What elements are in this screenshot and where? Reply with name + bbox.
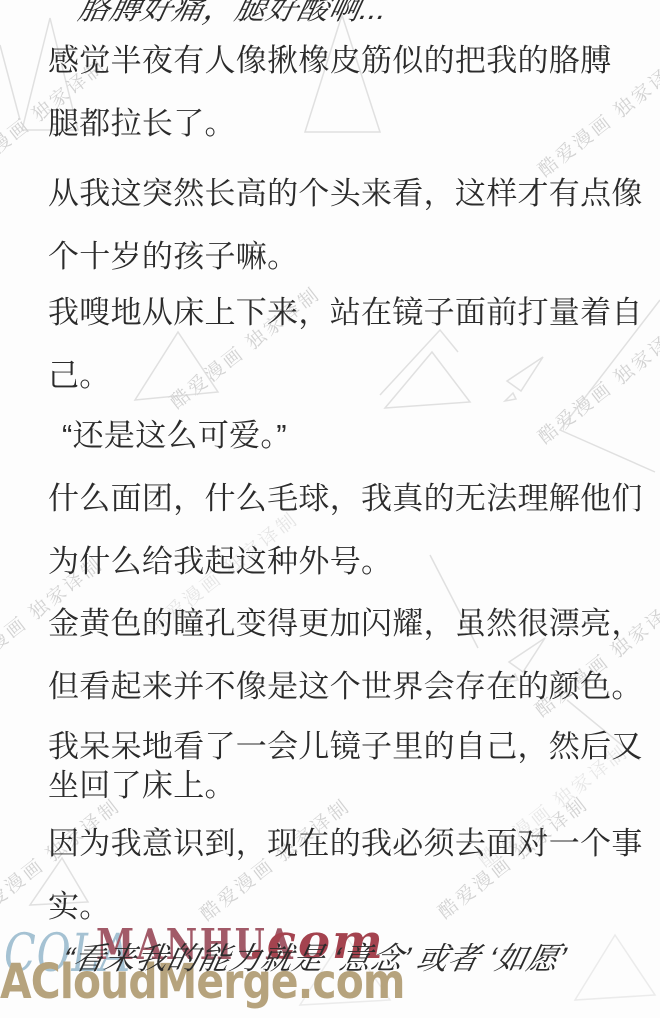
paragraph: 感觉半夜有人像揪橡皮筋似的把我的胳膊 腿都拉长了。 xyxy=(48,29,648,155)
text-line: 为什么给我起这种外号。 xyxy=(48,530,648,593)
story-text: 胳膊好痛，腿好酸啊... 感觉半夜有人像揪橡皮筋似的把我的胳膊 腿都拉长了。 从… xyxy=(0,0,660,1018)
text-line: 腿都拉长了。 xyxy=(48,92,648,155)
text-line: 什么面团，什么毛球，我真的无法理解他们 xyxy=(48,467,648,530)
paragraph: 金黄色的瞳孔变得更加闪耀，虽然很漂亮， 但看起来并不像是这个世界会存在的颜色。 xyxy=(48,592,648,718)
opening-italic-line: 胳膊好痛，腿好酸啊... xyxy=(74,0,660,32)
text-line: 金黄色的瞳孔变得更加闪耀，虽然很漂亮， xyxy=(48,592,648,655)
paragraph: 从我这突然长高的个头来看，这样才有点像 个十岁的孩子嘛。 xyxy=(48,162,648,288)
text-line: 感觉半夜有人像揪橡皮筋似的把我的胳膊 xyxy=(48,29,648,92)
novel-text-page: 酷爱漫画 独家译制 酷爱漫画 独家译制 酷爱漫画 独家译制 酷爱漫画 独家译制 … xyxy=(0,0,660,1018)
paragraph: 因为我意识到，现在的我必须去面对一个事 实。 xyxy=(48,812,648,938)
text-line: 胳膊好痛，腿好酸啊... xyxy=(74,0,660,32)
text-line: 我呆呆地看了一会儿镜子里的自己，然后又 xyxy=(48,727,648,766)
paragraph: 我嗖地从床上下来，站在镜子面前打量着自 己。 xyxy=(48,281,648,407)
text-line: 从我这突然长高的个头来看，这样才有点像 xyxy=(48,162,648,225)
closing-italic-line: “看来我的能力就是 ‘意念’ 或者 ‘如愿’ xyxy=(58,936,660,982)
text-line: 坐回了床上。 xyxy=(48,766,648,805)
text-line: 己。 xyxy=(48,344,648,407)
dialogue-paragraph: “还是这么可爱。” xyxy=(62,404,660,467)
text-line: 实。 xyxy=(48,875,648,938)
text-line: “看来我的能力就是 ‘意念’ 或者 ‘如愿’ xyxy=(58,936,660,982)
text-line: 但看起来并不像是这个世界会存在的颜色。 xyxy=(48,655,648,718)
text-line: 个十岁的孩子嘛。 xyxy=(48,225,648,288)
paragraph: 什么面团，什么毛球，我真的无法理解他们 为什么给我起这种外号。 xyxy=(48,467,648,593)
text-line: 因为我意识到，现在的我必须去面对一个事 xyxy=(48,812,648,875)
text-line: “还是这么可爱。” xyxy=(62,404,660,467)
text-line: 我嗖地从床上下来，站在镜子面前打量着自 xyxy=(48,281,648,344)
paragraph: 我呆呆地看了一会儿镜子里的自己，然后又 坐回了床上。 xyxy=(48,727,648,805)
